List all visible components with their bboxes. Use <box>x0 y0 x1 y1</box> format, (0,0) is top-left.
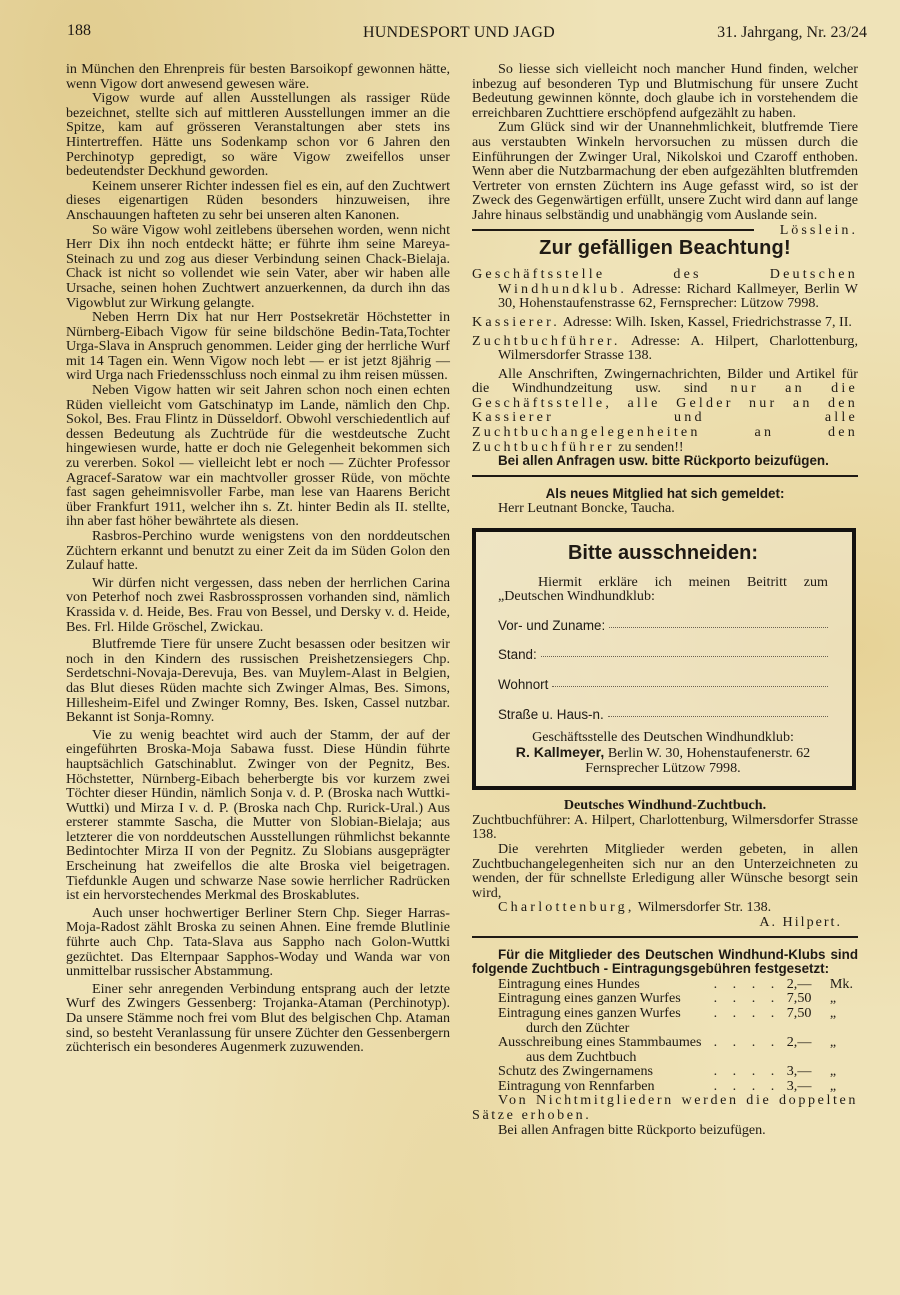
journal-title: HUNDESPORT UND JAGD <box>363 24 555 42</box>
fee-price: 3,— <box>787 1079 830 1094</box>
issue-info: 31. Jahrgang, Nr. 23/24 <box>717 24 867 42</box>
field-label: Stand: <box>498 648 541 663</box>
field-label: Vor- und Zuname: <box>498 619 609 634</box>
fee-item: Eintragung eines ganzen Wurfes. . . . . … <box>472 1006 858 1021</box>
form-title: Bitte ausschneiden: <box>498 546 828 561</box>
article-paragraph: Wir dürfen nicht vergessen, dass neben d… <box>66 576 450 634</box>
address-line: Berlin W. 30, Hohenstaufenerstr. 62 <box>608 745 810 761</box>
fee-description: Schutz des Zwingernamens <box>498 1064 714 1079</box>
article-paragraph: Vigow wurde auf allen Ausstellungen als … <box>66 91 450 179</box>
fee-unit: „ <box>830 1006 858 1021</box>
studbook-signature: A. Hilpert. <box>472 915 858 930</box>
fee-description: Eintragung von Rennfarben <box>498 1079 714 1094</box>
fee-price: 2,— <box>787 1035 830 1050</box>
article-paragraph: in München den Ehrenpreis für besten Bar… <box>66 62 450 91</box>
fees-section: Für die Mitglieder des Deutschen Windhun… <box>472 948 858 1138</box>
form-field-street[interactable]: Straße u. Haus-n. <box>498 708 828 723</box>
fee-item: Ausschreibung eines Stammbaumes. . . . .… <box>472 1035 858 1050</box>
page-header: 188 HUNDESPORT UND JAGD 31. Jahrgang, Nr… <box>67 22 867 46</box>
contact-role: Kassierer. <box>472 314 560 330</box>
studbook-section: Deutsches Windhund-Zuchtbuch. Zuchtbuchf… <box>472 798 858 929</box>
fee-description: aus dem Zuchtbuch <box>498 1050 756 1065</box>
field-input-line[interactable] <box>608 715 828 717</box>
dot-leader: . . . . . . . . . . <box>714 991 787 1006</box>
address-line: Fernsprecher Lützow 7998. <box>498 761 828 776</box>
address-name: R. Kallmeyer, <box>516 744 605 760</box>
newspaper-page: 188 HUNDESPORT UND JAGD 31. Jahrgang, Nr… <box>0 0 900 1295</box>
notice-body: Alle Anschriften, Zwingernachrichten, Bi… <box>472 367 858 455</box>
dot-leader: . . . . . . . . . . <box>714 1079 787 1094</box>
place-name: Charlottenburg, <box>498 899 635 915</box>
article-paragraph: Neben Herrn Dix hat nur Herr Postsekretä… <box>66 310 450 383</box>
field-input-line[interactable] <box>541 655 828 657</box>
section-divider <box>472 936 858 938</box>
dot-leader: . . . . . . . . . . <box>714 1035 787 1050</box>
form-intro: Hiermit erkläre ich meinen Beitritt zum … <box>498 575 828 604</box>
fees-nonmember-note: Von Nichtmitgliedern werden die doppelte… <box>472 1093 858 1122</box>
section-divider <box>472 229 754 231</box>
left-column-article: in München den Ehrenpreis für besten Bar… <box>66 62 450 1055</box>
field-label: Straße u. Haus-n. <box>498 708 608 723</box>
article-paragraph: Zum Glück sind wir der Unannehmlichkeit,… <box>472 120 858 222</box>
address-line: Geschäftsstelle des Deutschen Windhundkl… <box>498 730 828 745</box>
fee-price: 2,— <box>787 977 830 992</box>
fee-item-continuation: durch den Züchter <box>472 1021 858 1036</box>
notice-section: Zur gefälligen Beachtung! Geschäftsstell… <box>472 241 858 469</box>
fee-unit: „ <box>830 1079 858 1094</box>
notice-text: zu senden!! <box>615 439 684 455</box>
article-paragraph: Vie zu wenig beachtet wird auch der Stam… <box>66 728 450 903</box>
article-paragraph: Auch unser hochwertiger Berliner Stern C… <box>66 906 450 979</box>
contact-role: Zuchtbuchführer. <box>472 333 621 349</box>
form-field-residence[interactable]: Wohnort <box>498 678 828 693</box>
fee-item: Eintragung von Rennfarben. . . . . . . .… <box>472 1079 858 1094</box>
article-paragraph: Einer sehr anregenden Verbindung entspra… <box>66 982 450 1055</box>
dot-leader: . . . . . . . . . . <box>714 977 787 992</box>
fee-item: Schutz des Zwingernamens. . . . . . . . … <box>472 1064 858 1079</box>
fee-description: Eintragung eines ganzen Wurfes <box>498 1006 714 1021</box>
fees-intro: Für die Mitglieder des Deutschen Windhun… <box>472 948 858 977</box>
fee-description: durch den Züchter <box>498 1021 756 1036</box>
fee-unit: „ <box>830 1035 858 1050</box>
new-member-section: Als neues Mitglied hat sich gemeldet: He… <box>472 487 858 516</box>
dot-leader: . . . . . . . . . . <box>714 1006 787 1021</box>
fee-price: 7,50 <box>787 991 830 1006</box>
fee-description: Ausschreibung eines Stammbaumes <box>498 1035 714 1050</box>
fee-item-continuation: aus dem Zuchtbuch <box>472 1050 858 1065</box>
article-paragraph: Blutfremde Tiere für unsere Zucht besass… <box>66 637 450 725</box>
studbook-keeper: Zuchtbuchführer: A. Hilpert, Charlottenb… <box>472 813 858 842</box>
article-paragraph: Keinem unserer Richter indessen fiel es … <box>66 179 450 223</box>
fee-unit: „ <box>830 1064 858 1079</box>
contact-entry: Geschäftsstelle des Deutschen Windhundkl… <box>472 267 858 311</box>
fee-item: Eintragung eines Hundes. . . . . . . . .… <box>472 977 858 992</box>
studbook-heading: Deutsches Windhund-Zuchtbuch. <box>472 798 858 813</box>
notice-postage-note: Bei allen Anfragen usw. bitte Rückporto … <box>472 454 858 469</box>
fee-description: Eintragung eines ganzen Wurfes <box>498 991 714 1006</box>
field-label: Wohnort <box>498 678 552 693</box>
new-member-heading: Als neues Mitglied hat sich gemeldet: <box>472 487 858 502</box>
dot-leader: . . . . . . . . . . <box>714 1064 787 1079</box>
fee-description: Eintragung eines Hundes <box>498 977 714 992</box>
contact-entry: Kassierer. Adresse: Wilh. Isken, Kassel,… <box>472 315 858 330</box>
notice-heading: Zur gefälligen Beachtung! <box>472 241 858 256</box>
place-address: Wilmersdorfer Str. 138. <box>638 899 771 915</box>
article-paragraph: So liesse sich vielleicht noch mancher H… <box>472 62 858 120</box>
contact-address: Adresse: Wilh. Isken, Kassel, Friedrichs… <box>563 314 852 330</box>
section-divider <box>472 475 858 477</box>
fee-item: Eintragung eines ganzen Wurfes. . . . . … <box>472 991 858 1006</box>
paragraph-text: Zum Glück sind wir der Unannehmlichkeit,… <box>472 119 858 223</box>
field-input-line[interactable] <box>552 685 828 687</box>
field-input-line[interactable] <box>609 626 828 628</box>
right-column: So liesse sich vielleicht noch mancher H… <box>472 62 858 1137</box>
article-paragraph: Rasbros-Perchino wurde wenigstens von de… <box>66 529 450 573</box>
form-field-name[interactable]: Vor- und Zuname: <box>498 619 828 634</box>
form-return-address: Geschäftsstelle des Deutschen Windhundkl… <box>498 730 828 776</box>
new-member-name: Herr Leutnant Boncke, Taucha. <box>472 501 858 516</box>
page-number: 188 <box>67 22 91 40</box>
studbook-place: Charlottenburg, Wilmersdorfer Str. 138. <box>472 900 858 915</box>
fee-price: 7,50 <box>787 1006 830 1021</box>
studbook-text: Die verehrten Mitglieder werden gebeten,… <box>472 842 858 900</box>
article-conclusion: So liesse sich vielleicht noch mancher H… <box>472 62 858 223</box>
fees-postage-note: Bei allen Anfragen bitte Rückporto beizu… <box>472 1123 858 1138</box>
article-paragraph: Neben Vigow hatten wir seit Jahren schon… <box>66 383 450 529</box>
fee-price: 3,— <box>787 1064 830 1079</box>
fee-unit: Mk. <box>830 977 858 992</box>
form-field-occupation[interactable]: Stand: <box>498 648 828 663</box>
author-signature: Lösslein. <box>754 223 858 238</box>
contact-entry: Zuchtbuchführer. Adresse: A. Hilpert, Ch… <box>472 334 858 363</box>
fee-list: Eintragung eines Hundes. . . . . . . . .… <box>472 977 858 1094</box>
fee-unit: „ <box>830 991 858 1006</box>
article-paragraph: So wäre Vigow wohl zeitlebens übersehen … <box>66 223 450 311</box>
membership-form: Bitte ausschneiden: Hiermit erkläre ich … <box>472 528 856 790</box>
